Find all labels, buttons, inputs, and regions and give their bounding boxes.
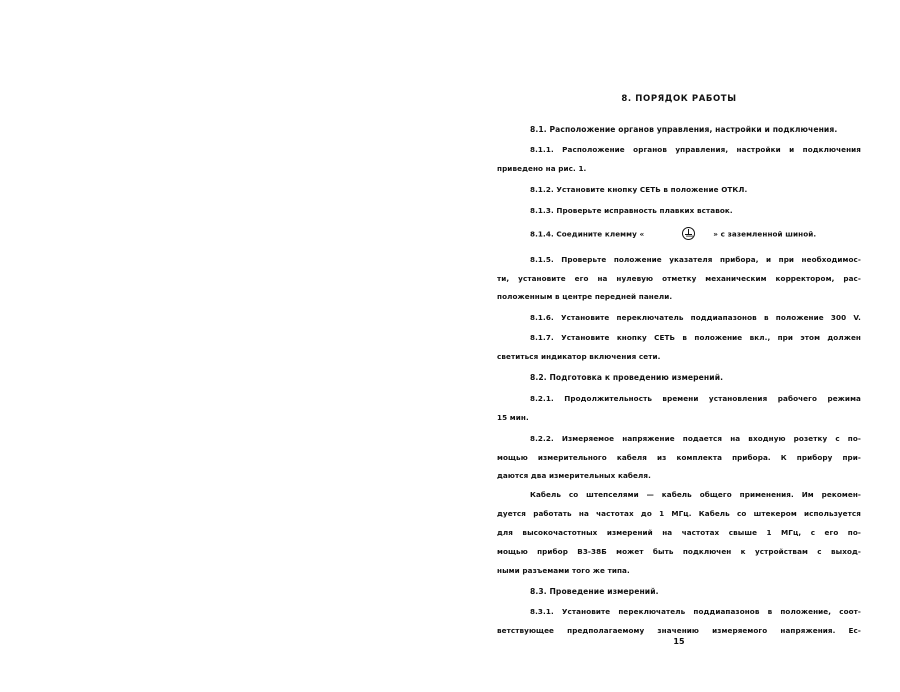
paragraph-8-1-1-line-1: 8.1.1. Расположение органов управления, …: [497, 145, 861, 155]
paragraph-cables-line-5: ными разъемами того же типа.: [497, 566, 861, 576]
paragraph-8-2-2-line-3: даются два измерительных кабеля.: [497, 471, 861, 481]
paragraph-8-1-4-text-before: 8.1.4. Соедините клемму «: [530, 230, 644, 239]
paragraph-8-2-2-line-2: мощью измерительного кабеля из комплекта…: [497, 453, 861, 463]
paragraph-cables-line-2: дуется работать на частотах до 1 МГц. Ка…: [497, 509, 861, 519]
paragraph-8-1-6: 8.1.6. Установите переключатель поддиапа…: [497, 313, 861, 323]
paragraph-cables-line-4: мощью прибор В3-38Б может быть подключен…: [497, 547, 861, 557]
paragraph-8-1-5-line-2: ти, установите его на нулевую отметку ме…: [497, 274, 861, 284]
paragraph-8-3-1-line-2: ветствующее предполагаемому значению изм…: [497, 626, 861, 636]
subsection-8-1-heading: 8.1. Расположение органов управления, на…: [497, 125, 861, 135]
paragraph-8-1-3: 8.1.3. Проверьте исправность плавких вст…: [497, 206, 861, 216]
paragraph-8-1-1-line-2: приведено на рис. 1.: [497, 164, 861, 174]
document-page: 8. ПОРЯДОК РАБОТЫ 8.1. Расположение орга…: [497, 90, 861, 650]
paragraph-cables-line-1: Кабель со штепселями — кабель общего при…: [497, 490, 861, 500]
section-heading: 8. ПОРЯДОК РАБОТЫ: [497, 94, 861, 104]
paragraph-8-1-4-text-after: » с заземленной шиной.: [713, 230, 816, 239]
paragraph-8-3-1-line-1: 8.3.1. Установите переключатель поддиапа…: [497, 607, 861, 617]
paragraph-8-2-1-line-2: 15 мин.: [497, 413, 861, 423]
ground-terminal-icon: [682, 227, 695, 240]
paragraph-8-2-2-line-1: 8.2.2. Измеряемое напряжение подается на…: [497, 434, 861, 444]
paragraph-8-1-5-line-1: 8.1.5. Проверьте положение указателя при…: [497, 255, 861, 265]
paragraph-8-1-5-line-3: положенным в центре передней панели.: [497, 292, 861, 302]
paragraph-8-1-2: 8.1.2. Установите кнопку СЕТЬ в положени…: [497, 185, 861, 195]
paragraph-cables-line-3: для высокочастотных измерений на частота…: [497, 528, 861, 538]
subsection-8-3-heading: 8.3. Проведение измерений.: [497, 587, 861, 597]
paragraph-8-2-1-line-1: 8.2.1. Продолжительность времени установ…: [497, 394, 861, 404]
paragraph-8-1-7-line-2: светиться индикатор включения сети.: [497, 352, 861, 362]
page-number: 15: [497, 637, 861, 646]
subsection-8-2-heading: 8.2. Подготовка к проведению измерений.: [497, 373, 861, 383]
paragraph-8-1-4: 8.1.4. Соедините клемму «» с заземленной…: [497, 228, 861, 241]
paragraph-8-1-7-line-1: 8.1.7. Установите кнопку СЕТЬ в положени…: [497, 333, 861, 343]
